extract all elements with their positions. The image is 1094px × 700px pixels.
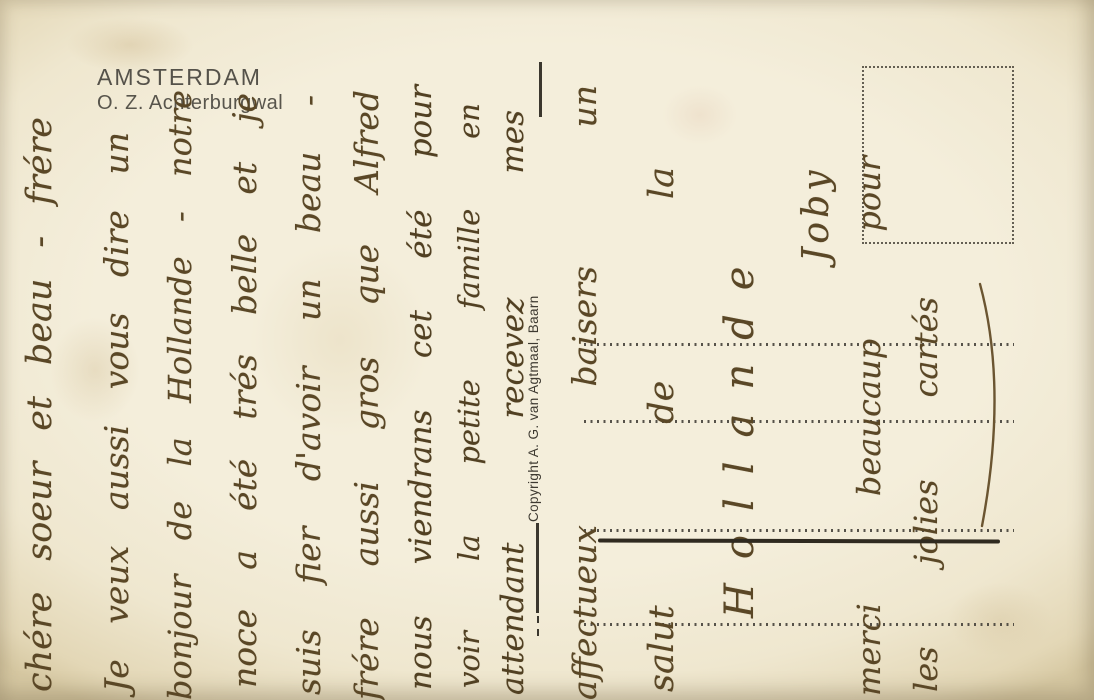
publisher-city-title: AMSTERDAM [97, 64, 262, 91]
handwritten-line: voir la petite famille en [448, 103, 494, 688]
handwritten-line: Hollande [710, 233, 770, 618]
handwritten-line: affectueux baisers un [560, 85, 612, 700]
handwritten-line: attendant recevez mes [490, 110, 538, 695]
handwritten-line: merci beaucaup pour [845, 156, 895, 696]
handwritten-line: chére soeur et beau - frére [14, 117, 68, 692]
postcard-back: AMSTERDAM O. Z. Achterburgwal Copyright … [0, 0, 1094, 700]
handwritten-line: frére aussi gros que Alfred [342, 90, 394, 700]
handwritten-line: bonjour de la Hollande - notre [156, 90, 208, 700]
divider-line-top [539, 62, 542, 117]
handwritten-signature: Joby [790, 117, 845, 262]
handwritten-line: Je veux aussi vous dire un [92, 132, 144, 692]
handwritten-line: les jolies cartés [902, 297, 952, 692]
ink-flourish-stroke [958, 278, 1018, 538]
handwritten-line: suis fier d'avoir un beau - [284, 95, 336, 695]
handwritten-line: nous viendrans cet été pour [398, 85, 446, 690]
handwritten-line: salut de la [636, 167, 691, 692]
handwritten-line: noce a été trés belle et je [220, 93, 272, 688]
